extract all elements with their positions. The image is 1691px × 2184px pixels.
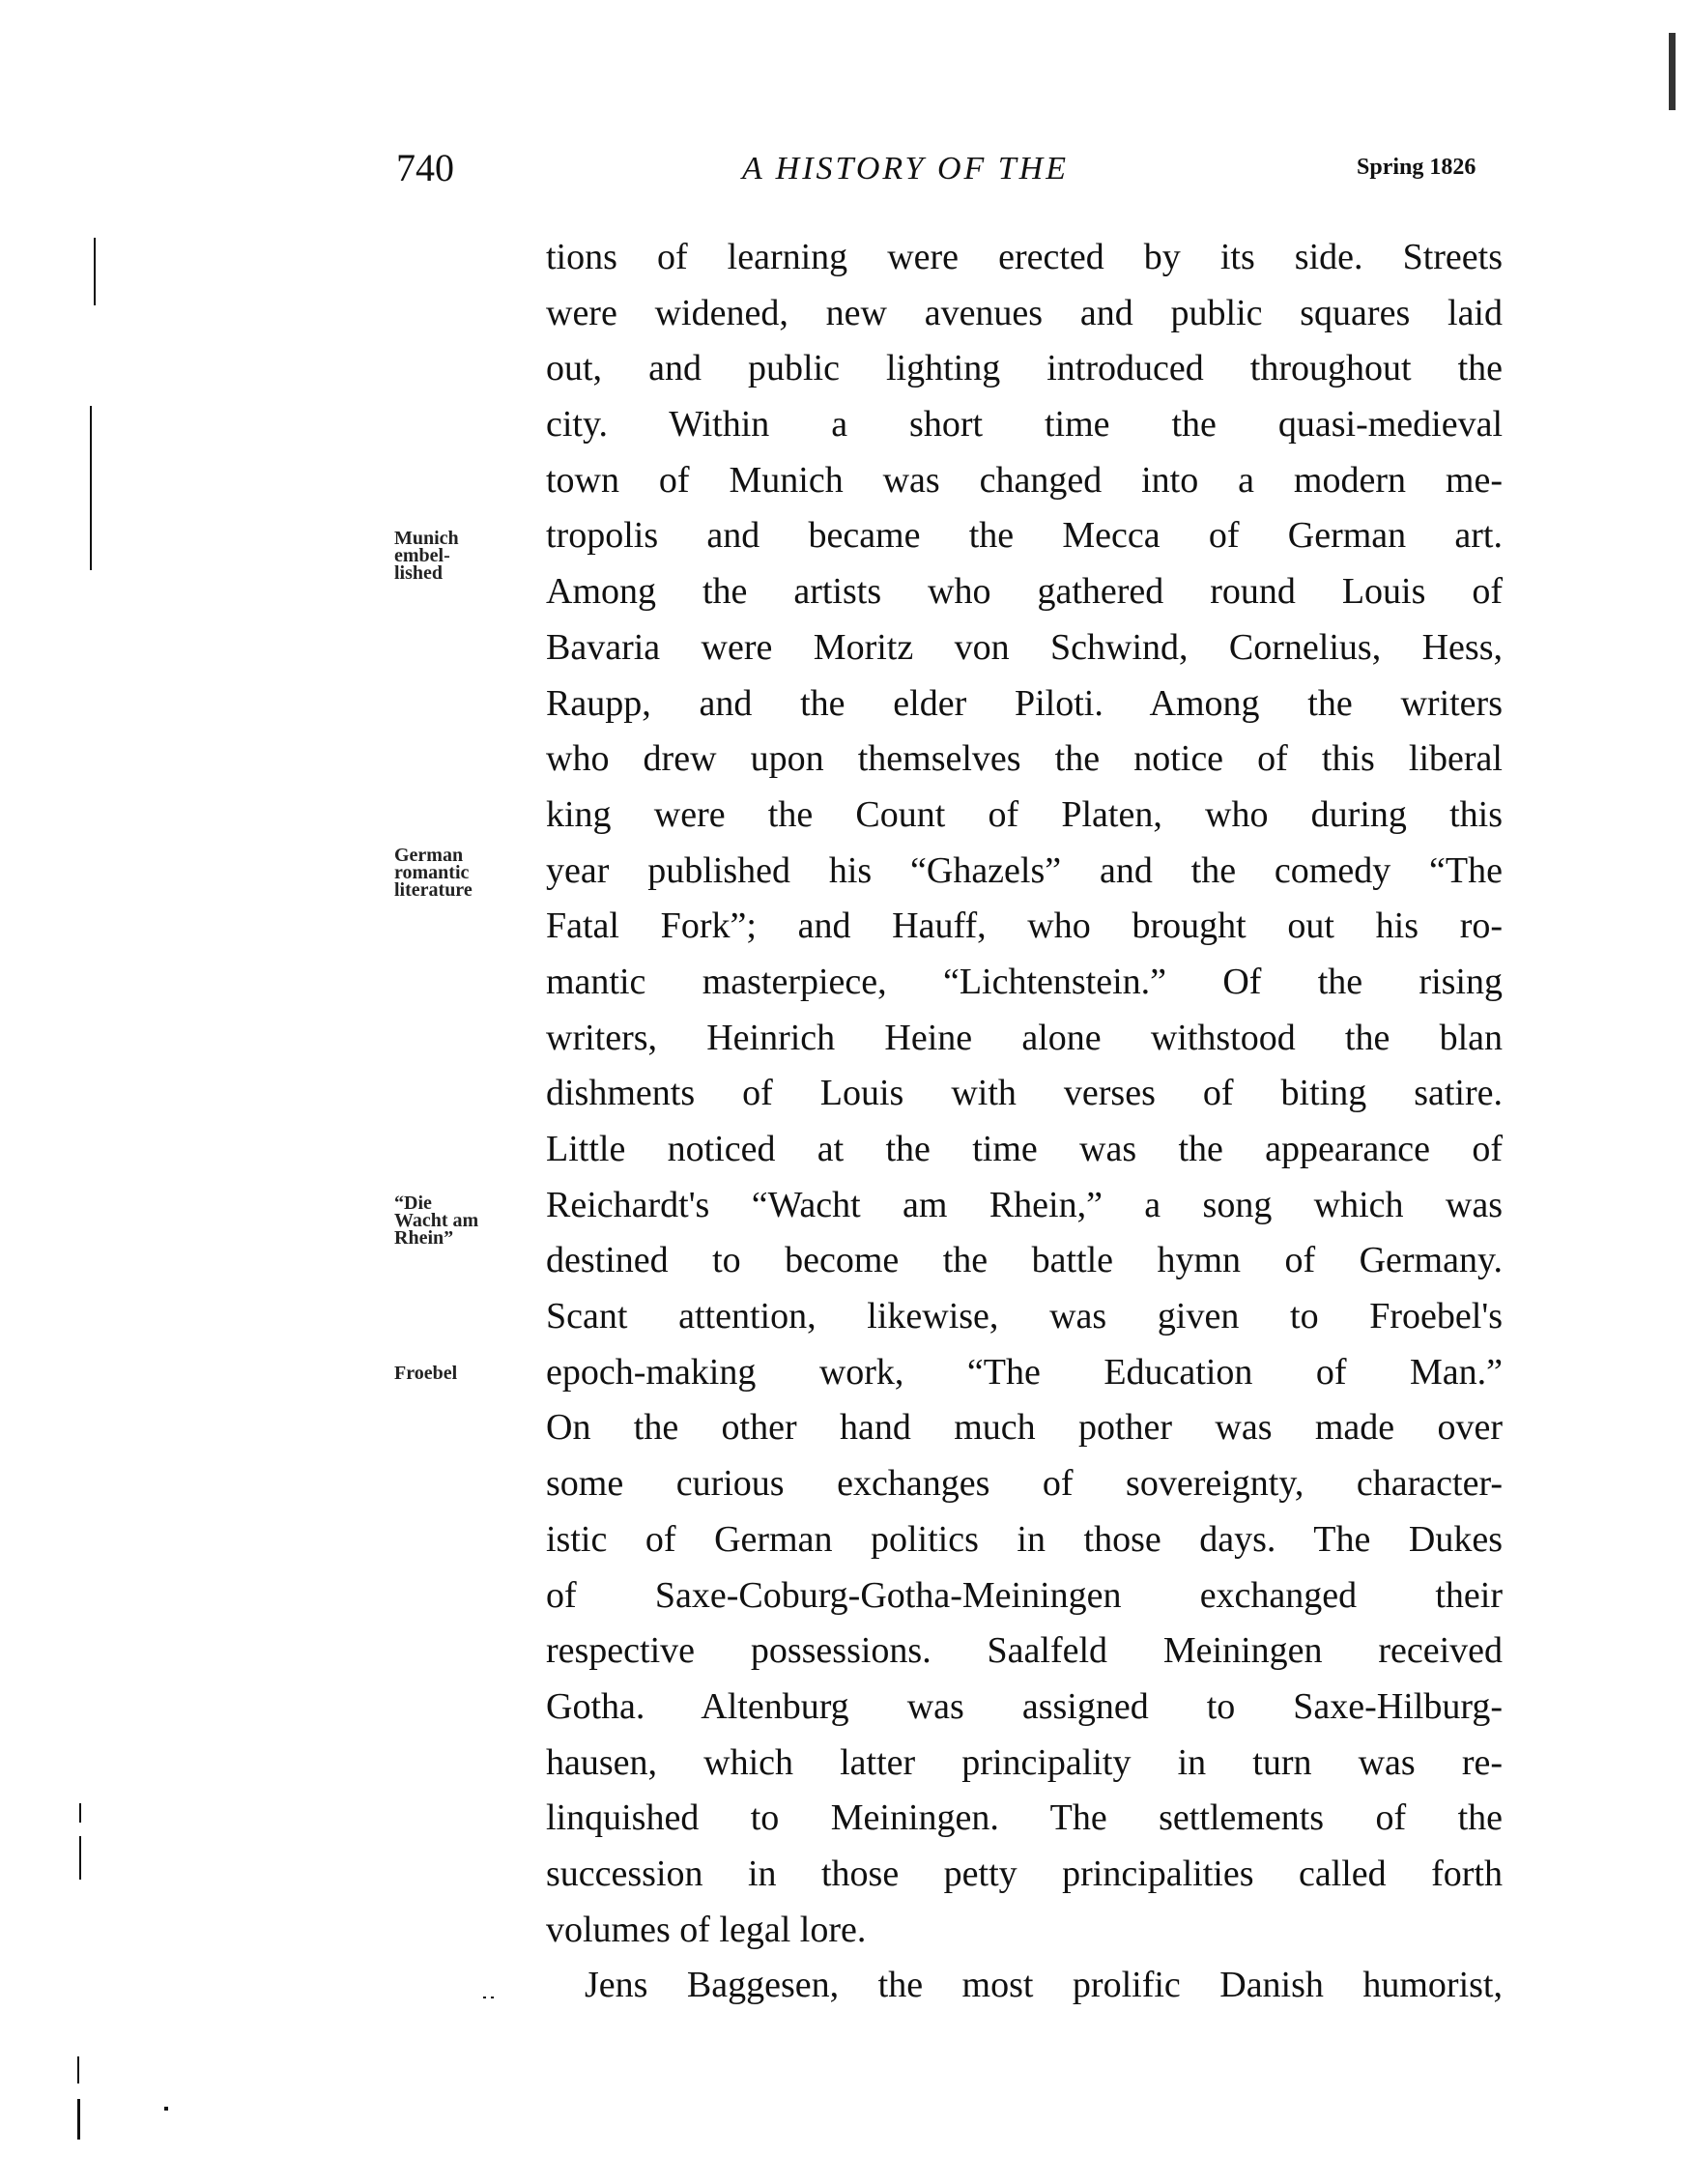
- body-text: tions of learning were erected by its si…: [546, 230, 1503, 2014]
- text-line: Reichardt's “Wacht am Rhein,” a song whi…: [546, 1178, 1503, 1234]
- scan-artifact-line: [77, 2099, 80, 2140]
- text-line: Scant attention, likewise, was given to …: [546, 1289, 1503, 1345]
- text-line: of Saxe-Coburg-Gotha-Meiningen exchanged…: [546, 1568, 1503, 1624]
- text-line: Jens Baggesen, the most prolific Danish …: [546, 1958, 1503, 2014]
- scan-artifact-line: [90, 406, 92, 570]
- text-line: Bavaria were Moritz von Schwind, Corneli…: [546, 620, 1503, 676]
- book-page: 740 A HISTORY OF THE Spring 1826 Munich …: [0, 0, 1691, 2184]
- scan-artifact-dot: [483, 1997, 486, 1998]
- text-line: epoch-making work, “The Education of Man…: [546, 1345, 1503, 1401]
- text-line: dishments of Louis with verses of biting…: [546, 1066, 1503, 1122]
- scan-edge-mark: [1669, 33, 1676, 110]
- text-line: Little noticed at the time was the appea…: [546, 1122, 1503, 1178]
- text-line: destined to become the battle hymn of Ge…: [546, 1233, 1503, 1289]
- scan-artifact-line: [94, 238, 96, 305]
- text-line: mantic masterpiece, “Lichtenstein.” Of t…: [546, 955, 1503, 1011]
- running-date: Spring 1826: [1357, 155, 1476, 181]
- scan-artifact-dot: [491, 1997, 494, 1998]
- text-line: were widened, new avenues and public squ…: [546, 286, 1503, 342]
- sidenote-froebel: Froebel: [394, 1365, 457, 1382]
- sidenote-german-romantic-literature: German romantic literature: [394, 847, 473, 899]
- text-line: Gotha. Altenburg was assigned to Saxe-Hi…: [546, 1680, 1503, 1736]
- text-line: Raupp, and the elder Piloti. Among the w…: [546, 676, 1503, 733]
- text-line: hausen, which latter principality in tur…: [546, 1736, 1503, 1792]
- text-line: city. Within a short time the quasi-medi…: [546, 397, 1503, 453]
- text-line: respective possessions. Saalfeld Meining…: [546, 1624, 1503, 1680]
- text-line: year published his “Ghazels” and the com…: [546, 844, 1503, 900]
- text-line: linquished to Meiningen. The settlements…: [546, 1791, 1503, 1847]
- sidenote-die-wacht-am-rhein: “Die Wacht am Rhein”: [394, 1194, 478, 1247]
- text-line: succession in those petty principalities…: [546, 1847, 1503, 1903]
- text-line: On the other hand much pother was made o…: [546, 1400, 1503, 1456]
- text-line: tions of learning were erected by its si…: [546, 230, 1503, 286]
- text-line: town of Munich was changed into a modern…: [546, 453, 1503, 509]
- sidenote-munich-embellished: Munich embel- lished: [394, 530, 459, 582]
- page-number: 740: [396, 145, 454, 190]
- text-line: volumes of legal lore.: [546, 1903, 1503, 1959]
- text-line: king were the Count of Platen, who durin…: [546, 788, 1503, 844]
- scan-artifact-dot: [164, 2107, 168, 2111]
- text-line: some curious exchanges of sovereignty, c…: [546, 1456, 1503, 1512]
- text-line: Fatal Fork”; and Hauff, who brought out …: [546, 899, 1503, 955]
- scan-artifact-line: [79, 1836, 81, 1880]
- text-line: Among the artists who gathered round Lou…: [546, 564, 1503, 620]
- text-line: writers, Heinrich Heine alone withstood …: [546, 1011, 1503, 1067]
- text-line: tropolis and became the Mecca of German …: [546, 508, 1503, 564]
- text-line: out, and public lighting introduced thro…: [546, 341, 1503, 397]
- text-line: who drew upon themselves the notice of t…: [546, 732, 1503, 788]
- text-line: istic of German politics in those days. …: [546, 1512, 1503, 1568]
- scan-artifact-line: [79, 1803, 81, 1823]
- running-title: A HISTORY OF THE: [742, 151, 1069, 187]
- scan-artifact-line: [77, 2056, 79, 2083]
